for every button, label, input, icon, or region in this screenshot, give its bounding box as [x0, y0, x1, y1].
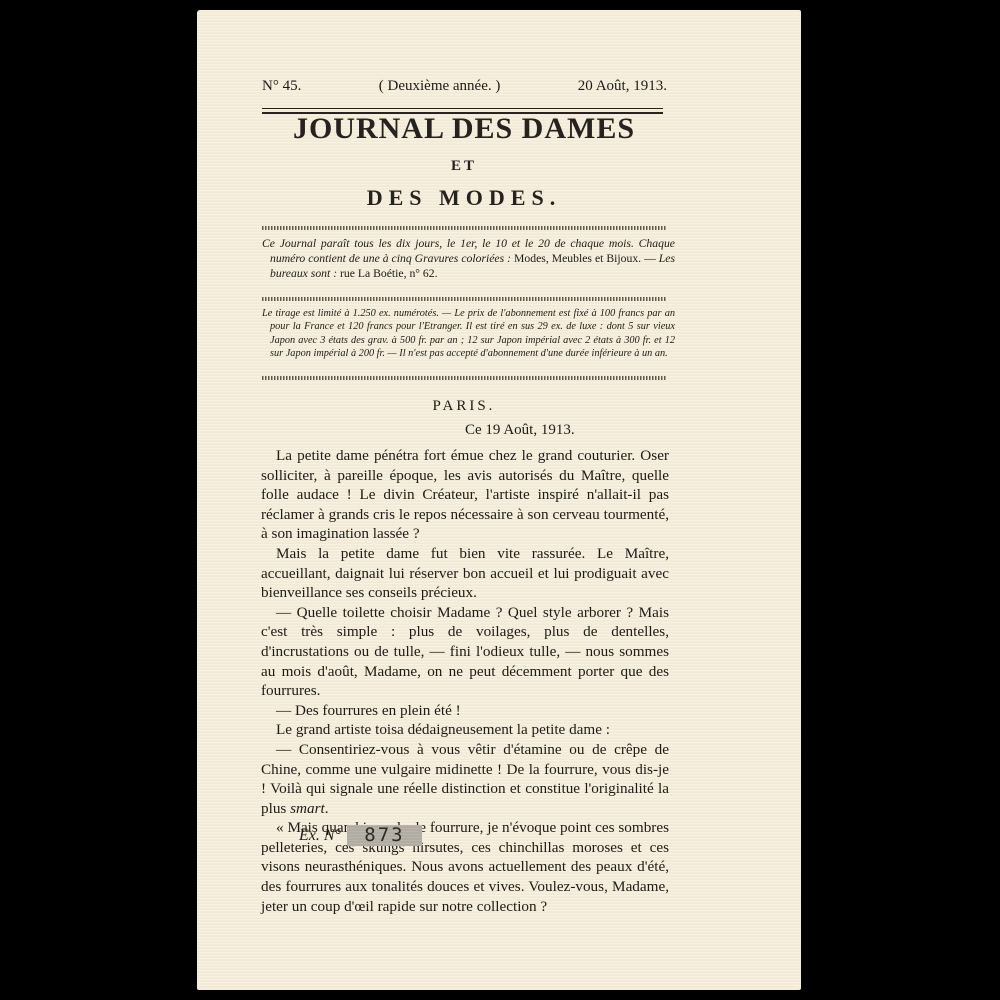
article-paragraph: La petite dame pénétra fort émue chez le… — [261, 446, 669, 544]
article-place: PARIS. — [197, 398, 731, 415]
article-paragraph: — Des fourrures en plein été ! — [261, 701, 669, 721]
copy-number-stamp: 873 — [347, 825, 422, 846]
publication-year: ( Deuxième année. ) — [379, 78, 501, 95]
ornamental-rule — [262, 297, 667, 301]
copy-number: Ex. N° 873 — [299, 825, 422, 846]
notice-contents: Modes, Meubles et Bijoux. — — [514, 252, 659, 265]
journal-page: N° 45. ( Deuxième année. ) 20 Août, 1913… — [197, 10, 801, 990]
emphasis-smart: smart — [290, 800, 325, 817]
ornamental-rule — [262, 226, 667, 230]
copy-number-label: Ex. N° — [299, 827, 341, 845]
ornamental-rule — [262, 376, 667, 380]
publication-notice: Ce Journal paraît tous les dix jours, le… — [262, 236, 675, 281]
journal-title-conjunction: ET — [197, 158, 731, 175]
article-paragraph: Mais la petite dame fut bien vite rassur… — [261, 544, 669, 603]
journal-title: JOURNAL DES DAMES — [197, 112, 731, 146]
masthead: N° 45. ( Deuxième année. ) 20 Août, 1913… — [262, 78, 667, 95]
article-dateline: Ce 19 Août, 1913. — [465, 422, 575, 439]
article-paragraph: Le grand artiste toisa dédaigneusement l… — [261, 720, 669, 740]
issue-number: N° 45. — [262, 78, 301, 95]
journal-subtitle: DES MODES. — [197, 185, 731, 211]
notice-office-address: rue La Boétie, n° 62. — [340, 267, 438, 280]
article-paragraph: — Quelle toilette choisir Madame ? Quel … — [261, 603, 669, 701]
issue-date: 20 Août, 1913. — [578, 78, 667, 95]
subscription-notice: Le tirage est limité à 1.250 ex. numérot… — [262, 307, 675, 361]
article-paragraph: — Consentiriez-vous à vous vêtir d'étami… — [261, 740, 669, 818]
